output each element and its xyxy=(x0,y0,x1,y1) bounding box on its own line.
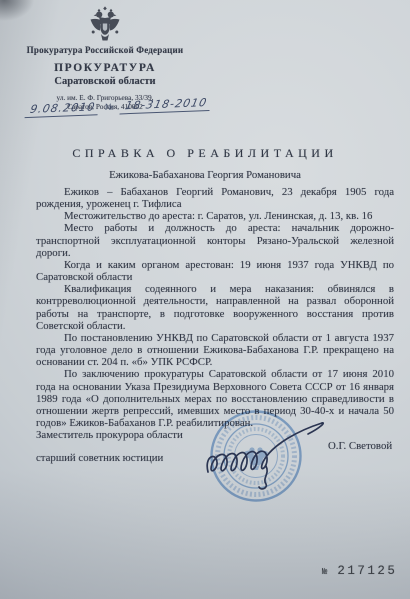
federation-line: Прокуратура Российской Федерации xyxy=(6,45,204,55)
double-headed-eagle-icon xyxy=(88,6,122,44)
handwritten-number: 18-318-2010 xyxy=(119,96,212,115)
document-title: СПРАВКА О РЕАБИЛИТАЦИИ xyxy=(0,146,410,161)
paragraph-birth-info: Ежиков – Бабаханов Георгий Романович, 23… xyxy=(36,186,394,210)
paragraph-workplace: Место работы и должность до ареста: нача… xyxy=(36,222,394,258)
position-line-2: старший советник юстиции xyxy=(36,447,226,470)
paragraph-case-closed: По постановлению УНКВД по Саратовской об… xyxy=(36,332,394,368)
paragraph-arrest: Когда и каким органом арестован: 19 июня… xyxy=(36,259,394,283)
subject-name: Ежикова-Бабаханова Георгия Романовича xyxy=(0,169,410,181)
signatory-position: Заместитель прокурора области старший со… xyxy=(36,424,226,470)
handwritten-signature xyxy=(200,418,340,498)
position-line-1: Заместитель прокурора области xyxy=(36,424,226,447)
document-body: Ежиков – Бабаханов Георгий Романович, 23… xyxy=(36,186,394,429)
rehabilitation-certificate-document: Прокуратура Российской Федерации ПРОКУРА… xyxy=(0,0,410,599)
certificate-serial: № 217125 xyxy=(322,564,397,578)
paragraph-residence: Местожительство до ареста: г. Саратов, у… xyxy=(36,210,394,222)
serial-number-sign: № xyxy=(322,567,327,577)
serial-number: 217125 xyxy=(337,564,397,578)
number-sign: № xyxy=(105,103,115,115)
org-name: ПРОКУРАТУРА xyxy=(6,62,204,74)
handwritten-date: 9.08.2010 xyxy=(24,100,100,118)
paragraph-charges: Квалификация содеянного и мера наказания… xyxy=(36,283,394,332)
letterhead: Прокуратура Российской Федерации ПРОКУРА… xyxy=(6,6,204,111)
org-region: Саратовской области xyxy=(6,76,204,87)
